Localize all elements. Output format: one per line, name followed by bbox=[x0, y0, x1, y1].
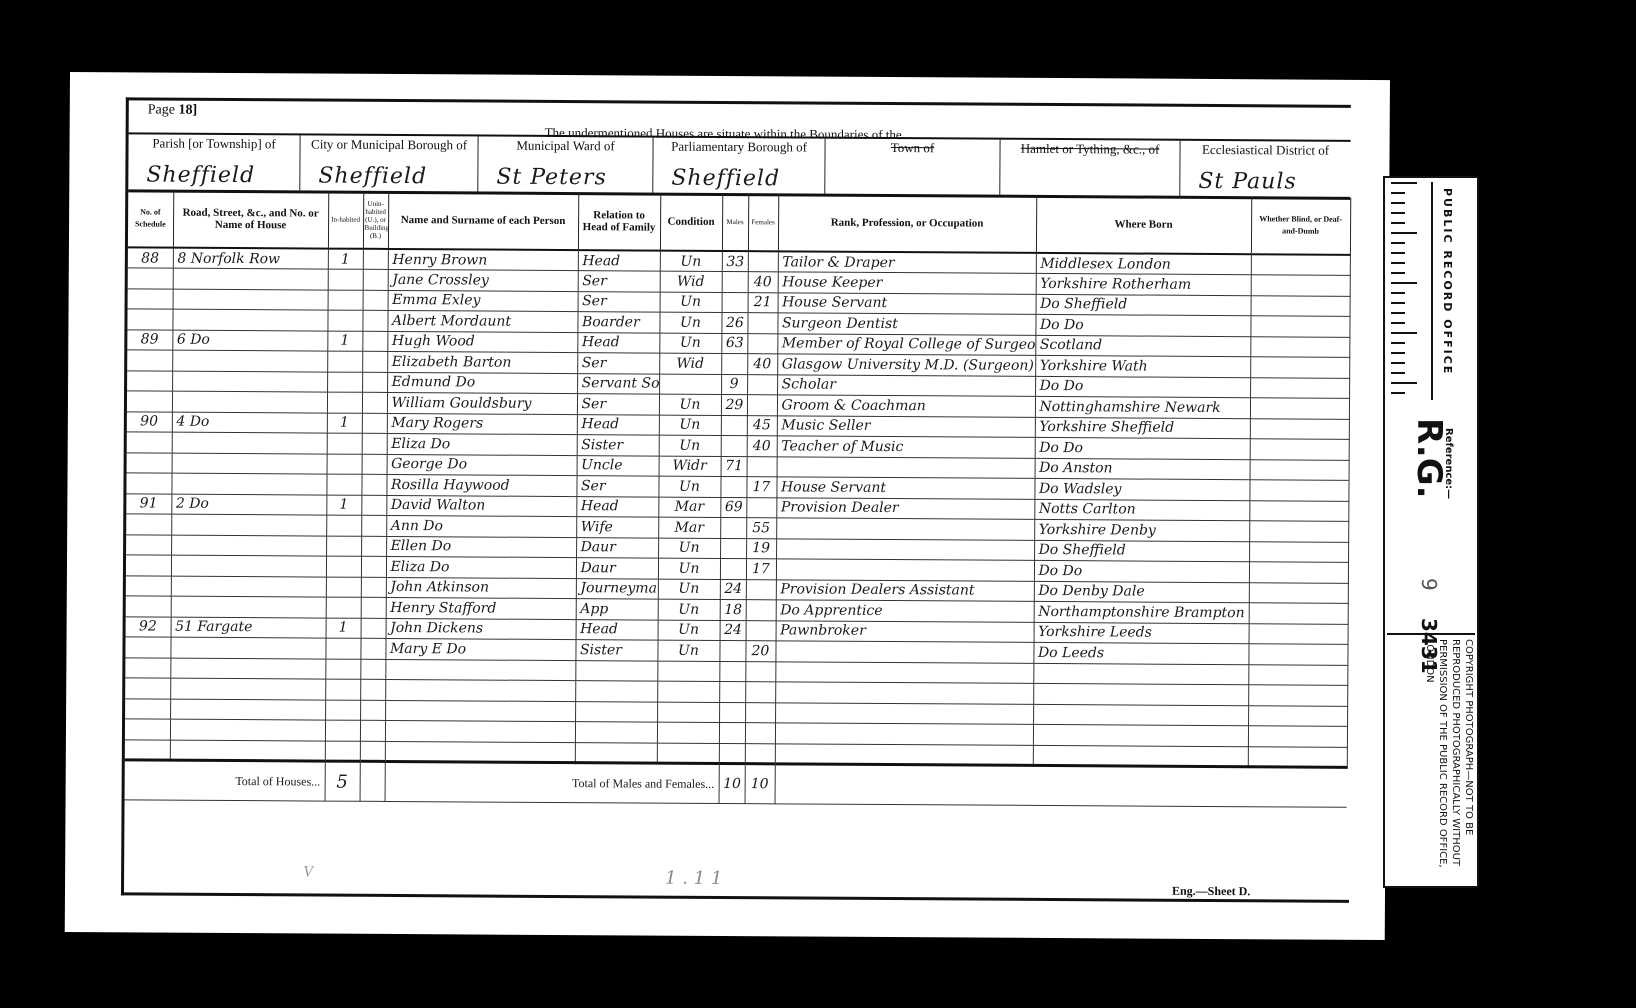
name-cell: Edmund Do bbox=[387, 372, 577, 394]
series-code: R.G. bbox=[1409, 418, 1449, 499]
road-cell bbox=[171, 596, 326, 617]
total-houses-value: 5 bbox=[325, 761, 360, 801]
relation-cell: Ser bbox=[578, 271, 660, 292]
ruler-tick bbox=[1391, 302, 1405, 304]
blind-deaf-cell bbox=[1249, 603, 1348, 624]
schedule-cell bbox=[127, 309, 172, 330]
header-males: Males bbox=[722, 194, 748, 251]
ruler-tick bbox=[1391, 252, 1405, 254]
where-born-cell: Notts Carlton bbox=[1034, 499, 1249, 521]
condition-cell: Mar bbox=[658, 517, 720, 538]
where-born-cell: Yorkshire Leeds bbox=[1034, 622, 1249, 644]
condition-cell: Un bbox=[660, 292, 722, 313]
schedule-cell bbox=[128, 288, 173, 309]
schedule-cell: 91 bbox=[126, 493, 171, 514]
relation-cell: Servant Son bbox=[577, 373, 659, 394]
location-ward: Municipal Ward of St Peters bbox=[478, 136, 653, 192]
male-age-cell: 26 bbox=[721, 312, 747, 333]
where-born-cell bbox=[1033, 704, 1248, 726]
blind-deaf-cell bbox=[1250, 357, 1349, 378]
header-where-born: Where Born bbox=[1036, 196, 1251, 254]
inhabited-cell bbox=[327, 454, 362, 475]
male-age-cell bbox=[720, 517, 746, 538]
name-cell: John Atkinson bbox=[386, 577, 576, 599]
relation-cell: Ser bbox=[578, 291, 660, 312]
uninhabited-cell bbox=[360, 659, 385, 680]
name-cell: George Do bbox=[387, 454, 577, 476]
road-cell bbox=[171, 535, 326, 556]
schedule-cell bbox=[126, 575, 171, 596]
blind-deaf-cell bbox=[1250, 316, 1349, 337]
uninhabited-cell bbox=[363, 249, 388, 270]
inhabited-cell bbox=[328, 269, 363, 290]
uninhabited-cell bbox=[362, 372, 387, 393]
relation-cell: Head bbox=[578, 250, 660, 271]
occupation-cell: Provision Dealer bbox=[776, 497, 1034, 519]
where-born-cell: Nottinghamshire Newark bbox=[1035, 396, 1250, 418]
female-age-cell bbox=[745, 702, 775, 723]
condition-cell: Un bbox=[660, 251, 722, 272]
relation-cell: Journeyman bbox=[576, 578, 658, 599]
ruler-tick bbox=[1391, 372, 1405, 374]
relation-cell: Ser bbox=[577, 394, 659, 415]
uninhabited-cell bbox=[362, 433, 387, 454]
occupation-cell: Provision Dealers Assistant bbox=[776, 579, 1034, 601]
name-cell: Ann Do bbox=[386, 515, 576, 537]
uninhabited-cell bbox=[362, 392, 387, 413]
road-cell: 6 Do bbox=[172, 330, 327, 351]
blind-deaf-cell bbox=[1249, 521, 1348, 542]
column-headers: No. of Schedule Road, Street, &c., and N… bbox=[128, 190, 1350, 254]
road-cell bbox=[172, 309, 327, 330]
name-cell bbox=[385, 741, 575, 763]
office-label: PUBLIC RECORD OFFICE bbox=[1441, 188, 1454, 375]
road-cell bbox=[170, 719, 325, 740]
female-age-cell: 40 bbox=[747, 354, 777, 375]
header-road: Road, Street, &c., and No. or Name of Ho… bbox=[173, 191, 328, 249]
name-cell: Hugh Wood bbox=[387, 331, 577, 353]
blind-deaf-cell bbox=[1249, 541, 1348, 562]
where-born-cell: Do Denby Dale bbox=[1034, 581, 1249, 603]
uninhabited-cell bbox=[361, 577, 386, 598]
location-town: Town of bbox=[825, 139, 1000, 195]
condition-cell: Wid bbox=[660, 271, 722, 292]
name-cell: Ellen Do bbox=[386, 536, 576, 558]
female-age-cell bbox=[747, 395, 777, 416]
blind-deaf-cell bbox=[1251, 275, 1350, 296]
name-cell: Eliza Do bbox=[386, 556, 576, 578]
total-blank bbox=[360, 761, 385, 801]
name-cell: Rosilla Haywood bbox=[386, 474, 576, 496]
female-age-cell bbox=[747, 374, 777, 395]
condition-cell: Un bbox=[658, 620, 720, 641]
uninhabited-cell bbox=[361, 536, 386, 557]
relation-cell: Head bbox=[576, 619, 658, 640]
blind-deaf-cell bbox=[1248, 664, 1347, 685]
relation-cell bbox=[575, 742, 657, 763]
road-cell bbox=[171, 576, 326, 597]
condition-cell bbox=[659, 374, 721, 395]
header-blind-deaf: Whether Blind, or Deaf-and-Dumb bbox=[1251, 197, 1350, 255]
condition-cell: Un bbox=[657, 640, 719, 661]
inhabited-cell bbox=[325, 638, 360, 659]
ruler-tick bbox=[1391, 322, 1405, 324]
female-age-cell bbox=[747, 333, 777, 354]
schedule-cell bbox=[125, 678, 170, 699]
sheet-designation: Eng.—Sheet D. bbox=[1172, 884, 1250, 899]
occupation-cell bbox=[775, 743, 1033, 765]
male-age-cell bbox=[722, 271, 748, 292]
where-born-cell: Do Sheffield bbox=[1034, 540, 1249, 562]
name-cell: Elizabeth Barton bbox=[387, 351, 577, 373]
condition-cell bbox=[657, 722, 719, 743]
inhabited-cell bbox=[327, 310, 362, 331]
occupation-cell: Music Seller bbox=[777, 415, 1035, 437]
location-header-row: Parish [or Township] of Sheffield City o… bbox=[128, 132, 1350, 199]
road-cell bbox=[173, 289, 328, 310]
pencil-marks: 1 . 1 1 bbox=[665, 868, 722, 889]
male-age-cell: 63 bbox=[721, 333, 747, 354]
location-ecclesiastical-district: Ecclesiastical District of St Pauls bbox=[1180, 141, 1350, 197]
occupation-cell: Glasgow University M.D. (Surgeon) / Hous… bbox=[777, 354, 1035, 376]
female-age-cell: 17 bbox=[746, 559, 776, 580]
female-age-cell bbox=[745, 743, 775, 764]
male-age-cell: 24 bbox=[720, 620, 746, 641]
uninhabited-cell bbox=[361, 515, 386, 536]
name-cell: Mary E Do bbox=[385, 638, 575, 660]
uninhabited-cell bbox=[362, 310, 387, 331]
female-age-cell bbox=[745, 661, 775, 682]
male-age-cell bbox=[720, 558, 746, 579]
ruler-tick bbox=[1391, 272, 1405, 274]
schedule-cell bbox=[125, 637, 170, 658]
uninhabited-cell bbox=[363, 269, 388, 290]
where-born-cell bbox=[1033, 724, 1248, 746]
name-cell: Henry Stafford bbox=[386, 597, 576, 619]
relation-cell: Daur bbox=[576, 537, 658, 558]
female-age-cell bbox=[746, 497, 776, 518]
ruler-tick bbox=[1391, 392, 1405, 394]
road-cell bbox=[170, 740, 325, 761]
ruler-tick bbox=[1391, 352, 1405, 354]
inhabited-cell: 1 bbox=[326, 495, 361, 516]
condition-cell: Un bbox=[658, 579, 720, 600]
male-age-cell bbox=[719, 702, 745, 723]
condition-cell: Widr bbox=[659, 456, 721, 477]
relation-cell: Ser bbox=[577, 353, 659, 374]
male-age-cell bbox=[719, 681, 745, 702]
relation-cell bbox=[575, 660, 657, 681]
header-relation: Relation to Head of Family bbox=[578, 193, 660, 250]
where-born-cell: Do Wadsley bbox=[1034, 478, 1249, 500]
blind-deaf-cell bbox=[1248, 726, 1347, 747]
ruler-tick bbox=[1391, 212, 1405, 214]
schedule-cell bbox=[126, 555, 171, 576]
inhabited-cell bbox=[326, 577, 361, 598]
uninhabited-cell bbox=[360, 720, 385, 741]
census-rows: 888 Norfolk Row1Henry BrownHeadUn33Tailo… bbox=[125, 247, 1350, 767]
male-age-cell: 18 bbox=[720, 599, 746, 620]
female-age-cell bbox=[746, 600, 776, 621]
inhabited-cell bbox=[325, 720, 360, 741]
female-age-cell: 55 bbox=[746, 518, 776, 539]
male-age-cell: 33 bbox=[722, 251, 748, 272]
header-inhabited: In-habited bbox=[328, 192, 363, 249]
inhabited-cell: 1 bbox=[327, 331, 362, 352]
road-cell bbox=[170, 658, 325, 679]
header-name: Name and Surname of each Person bbox=[388, 192, 578, 250]
female-age-cell: 21 bbox=[748, 292, 778, 313]
where-born-cell bbox=[1033, 745, 1248, 767]
blind-deaf-cell bbox=[1248, 644, 1347, 665]
total-females-value: 10 bbox=[745, 764, 775, 804]
female-age-cell bbox=[746, 620, 776, 641]
uninhabited-cell bbox=[362, 454, 387, 475]
male-age-cell bbox=[719, 661, 745, 682]
blind-deaf-cell bbox=[1249, 500, 1348, 521]
uninhabited-cell bbox=[362, 351, 387, 372]
male-age-cell bbox=[719, 640, 745, 661]
uninhabited-cell bbox=[361, 495, 386, 516]
blind-deaf-cell bbox=[1249, 582, 1348, 603]
schedule-cell bbox=[126, 514, 171, 535]
relation-cell bbox=[575, 681, 657, 702]
ruler-tick bbox=[1391, 292, 1405, 294]
road-cell bbox=[171, 514, 326, 535]
uninhabited-cell bbox=[360, 638, 385, 659]
scale-ruler bbox=[1391, 182, 1433, 400]
male-age-cell bbox=[719, 722, 745, 743]
occupation-cell: Member of Royal College of Surgeons Edin… bbox=[777, 333, 1035, 355]
where-born-cell: Do Do bbox=[1035, 314, 1250, 336]
name-cell: David Walton bbox=[386, 495, 576, 517]
where-born-cell bbox=[1033, 683, 1248, 705]
name-cell: Mary Rogers bbox=[387, 413, 577, 435]
condition-cell bbox=[657, 661, 719, 682]
schedule-cell bbox=[127, 452, 172, 473]
blind-deaf-cell bbox=[1251, 295, 1350, 316]
total-houses-label: Total of Houses... bbox=[125, 760, 325, 801]
schedule-cell bbox=[125, 739, 170, 760]
ruler-tick bbox=[1391, 262, 1405, 264]
location-parliamentary-borough: Parliamentary Borough of Sheffield bbox=[653, 138, 825, 194]
schedule-cell bbox=[125, 698, 170, 719]
ruler-tick bbox=[1391, 242, 1405, 244]
road-cell bbox=[170, 678, 325, 699]
occupation-cell: Tailor & Draper bbox=[778, 251, 1036, 273]
condition-cell: Un bbox=[659, 435, 721, 456]
condition-cell bbox=[657, 743, 719, 764]
uninhabited-cell bbox=[360, 679, 385, 700]
condition-cell: Un bbox=[659, 312, 721, 333]
location-hamlet: Hamlet or Tything, &c., of bbox=[1000, 140, 1180, 196]
road-cell bbox=[170, 699, 325, 720]
ruler-tick bbox=[1391, 202, 1405, 204]
where-born-cell: Do Do bbox=[1034, 560, 1249, 582]
condition-cell: Wid bbox=[659, 353, 721, 374]
schedule-cell bbox=[127, 370, 172, 391]
female-age-cell: 45 bbox=[747, 415, 777, 436]
condition-cell: Un bbox=[658, 558, 720, 579]
relation-cell bbox=[575, 722, 657, 743]
male-age-cell: 69 bbox=[720, 497, 746, 518]
name-cell: Albert Mordaunt bbox=[387, 310, 577, 332]
ruler-tick bbox=[1391, 382, 1417, 384]
condition-cell: Mar bbox=[658, 497, 720, 518]
copyright-notice: COPYRIGHT PHOTOGRAPH—NOT TO BE REPRODUCE… bbox=[1387, 633, 1475, 883]
schedule-cell: 92 bbox=[126, 616, 171, 637]
condition-cell: Un bbox=[658, 476, 720, 497]
schedule-cell bbox=[125, 719, 170, 740]
male-age-cell bbox=[720, 538, 746, 559]
name-cell: Henry Brown bbox=[388, 249, 578, 271]
schedule-cell bbox=[126, 596, 171, 617]
inhabited-cell: 1 bbox=[326, 618, 361, 639]
ruler-tick bbox=[1391, 362, 1405, 364]
female-age-cell: 19 bbox=[746, 538, 776, 559]
relation-cell: Uncle bbox=[577, 455, 659, 476]
road-cell bbox=[172, 391, 327, 412]
male-age-cell bbox=[721, 435, 747, 456]
relation-cell: App bbox=[576, 599, 658, 620]
occupation-cell bbox=[775, 661, 1033, 683]
female-age-cell: 17 bbox=[746, 477, 776, 498]
ruler-tick bbox=[1391, 332, 1417, 334]
female-age-cell bbox=[747, 456, 777, 477]
road-cell bbox=[172, 350, 327, 371]
uninhabited-cell bbox=[360, 700, 385, 721]
where-born-cell: Northamptonshire Brampton bbox=[1034, 601, 1249, 623]
female-age-cell bbox=[745, 682, 775, 703]
occupation-cell bbox=[775, 682, 1033, 704]
uninhabited-cell bbox=[361, 474, 386, 495]
male-age-cell bbox=[719, 743, 745, 764]
road-cell bbox=[171, 473, 326, 494]
relation-cell: Head bbox=[577, 332, 659, 353]
inhabited-cell bbox=[328, 290, 363, 311]
schedule-cell bbox=[126, 534, 171, 555]
blind-deaf-cell bbox=[1248, 685, 1347, 706]
blind-deaf-cell bbox=[1248, 705, 1347, 726]
schedule-cell bbox=[127, 391, 172, 412]
road-cell bbox=[172, 371, 327, 392]
occupation-cell bbox=[777, 456, 1035, 478]
relation-cell: Boarder bbox=[577, 312, 659, 333]
name-cell bbox=[385, 720, 575, 742]
totals-row: Total of Houses... 5 Total of Males and … bbox=[125, 760, 1347, 807]
blind-deaf-cell bbox=[1250, 418, 1349, 439]
inhabited-cell bbox=[326, 556, 361, 577]
ruler-tick bbox=[1391, 182, 1417, 184]
inhabited-cell bbox=[325, 659, 360, 680]
schedule-cell bbox=[127, 350, 172, 371]
inhabited-cell: 1 bbox=[328, 249, 363, 270]
male-age-cell: 24 bbox=[720, 579, 746, 600]
pencil-mark-v: V bbox=[303, 863, 313, 881]
ruler-tick bbox=[1391, 342, 1405, 344]
uninhabited-cell bbox=[360, 741, 385, 762]
where-born-cell: Do Sheffield bbox=[1036, 294, 1251, 316]
name-cell: William Gouldsbury bbox=[387, 392, 577, 414]
location-parish: Parish [or Township] of Sheffield bbox=[128, 134, 300, 190]
male-age-cell: 29 bbox=[721, 394, 747, 415]
name-cell bbox=[385, 679, 575, 701]
location-municipal-borough: City or Municipal Borough of Sheffield bbox=[300, 135, 478, 191]
census-table: No. of Schedule Road, Street, &c., and N… bbox=[125, 190, 1351, 807]
inhabited-cell bbox=[326, 536, 361, 557]
blind-deaf-cell bbox=[1248, 746, 1347, 767]
relation-cell: Ser bbox=[576, 476, 658, 497]
ruler-tick bbox=[1391, 312, 1405, 314]
header-occupation: Rank, Profession, or Occupation bbox=[778, 194, 1036, 253]
occupation-cell: Surgeon Dentist bbox=[777, 313, 1035, 335]
census-sheet: Page 18] The undermentioned Houses are s… bbox=[65, 72, 1390, 940]
condition-cell: Un bbox=[659, 415, 721, 436]
schedule-cell bbox=[126, 473, 171, 494]
occupation-cell: Groom & Coachman bbox=[777, 395, 1035, 417]
female-age-cell: 20 bbox=[745, 641, 775, 662]
schedule-cell: 90 bbox=[127, 411, 172, 432]
relation-cell: Daur bbox=[576, 558, 658, 579]
uninhabited-cell bbox=[361, 618, 386, 639]
occupation-cell: Teacher of Music bbox=[777, 436, 1035, 458]
condition-cell: Un bbox=[658, 599, 720, 620]
ruler-tick bbox=[1391, 282, 1417, 284]
where-born-cell: Do Do bbox=[1035, 437, 1250, 459]
header-uninhabited: Unin-habited (U.), or Building (B.) bbox=[363, 192, 388, 249]
uninhabited-cell bbox=[361, 597, 386, 618]
road-cell bbox=[170, 637, 325, 658]
occupation-cell bbox=[775, 641, 1033, 663]
where-born-cell: Yorkshire Sheffield bbox=[1035, 417, 1250, 439]
where-born-cell: Do Leeds bbox=[1033, 642, 1248, 664]
class-number: 9 bbox=[1417, 578, 1441, 591]
name-cell bbox=[385, 659, 575, 681]
male-age-cell bbox=[721, 415, 747, 436]
inhabited-cell bbox=[325, 700, 360, 721]
male-age-cell: 9 bbox=[721, 374, 747, 395]
where-born-cell: Yorkshire Denby bbox=[1034, 519, 1249, 541]
condition-cell bbox=[657, 681, 719, 702]
occupation-cell bbox=[775, 702, 1033, 724]
schedule-cell bbox=[127, 432, 172, 453]
relation-cell: Head bbox=[576, 496, 658, 517]
inhabited-cell bbox=[327, 372, 362, 393]
where-born-cell: Yorkshire Rotherham bbox=[1036, 273, 1251, 295]
male-age-cell bbox=[720, 476, 746, 497]
road-cell bbox=[172, 432, 327, 453]
inhabited-cell bbox=[327, 392, 362, 413]
where-born-cell: Scotland bbox=[1035, 335, 1250, 357]
name-cell: Jane Crossley bbox=[388, 269, 578, 291]
road-cell bbox=[173, 268, 328, 289]
inhabited-cell: 1 bbox=[327, 413, 362, 434]
occupation-cell bbox=[776, 559, 1034, 581]
occupation-cell bbox=[776, 538, 1034, 560]
blind-deaf-cell bbox=[1251, 254, 1350, 275]
female-age-cell bbox=[745, 723, 775, 744]
female-age-cell: 40 bbox=[748, 272, 778, 293]
blind-deaf-cell bbox=[1250, 439, 1349, 460]
inhabited-cell bbox=[325, 741, 360, 762]
uninhabited-cell bbox=[362, 413, 387, 434]
occupation-cell: Pawnbroker bbox=[776, 620, 1034, 642]
inhabited-cell bbox=[326, 474, 361, 495]
occupation-cell: Do Apprentice bbox=[776, 600, 1034, 622]
female-age-cell bbox=[746, 579, 776, 600]
total-remainder bbox=[775, 764, 1347, 807]
inhabited-cell bbox=[325, 679, 360, 700]
